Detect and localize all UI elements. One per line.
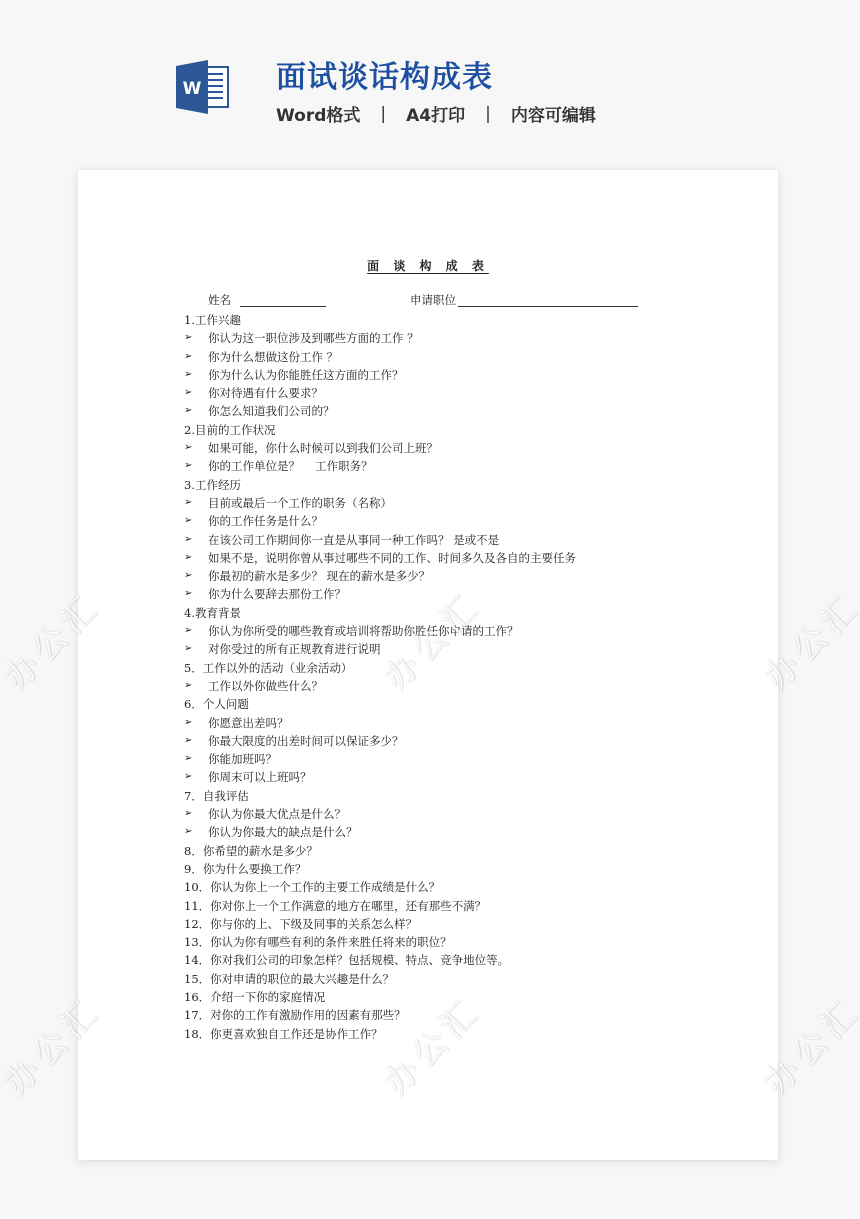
- arrow-bullet-icon: ➢: [184, 549, 192, 567]
- header-banner: W 面试谈话构成表 Word格式 | A4打印 | 内容可编辑: [0, 0, 860, 160]
- tag-a4-print: A4打印: [406, 101, 465, 126]
- line-text: 2.目前的工作状况: [184, 423, 275, 437]
- line-text: 你认为你最大优点是什么？: [208, 807, 346, 821]
- question-item: ➢如果不是，说明你曾从事过哪些不同的工作、时间多久及各自的主要任务: [184, 549, 744, 567]
- arrow-bullet-icon: ➢: [184, 329, 192, 347]
- document-title: 面 谈 构 成 表: [78, 257, 778, 274]
- question-item: ➢你的工作任务是什么？: [184, 512, 744, 530]
- question-item: ➢你认为你最大的缺点是什么？: [184, 823, 744, 841]
- line-text: 你愿意出差吗？: [208, 716, 289, 730]
- word-document-icon: W: [176, 60, 230, 114]
- line-text: 7．自我评估: [184, 789, 249, 803]
- arrow-bullet-icon: ➢: [184, 750, 192, 768]
- question-item: ➢你最大限度的出差时间可以保证多少？: [184, 732, 744, 750]
- question-item: ➢你认为你最大优点是什么？: [184, 805, 744, 823]
- arrow-bullet-icon: ➢: [184, 823, 192, 841]
- question-item: ➢你周末可以上班吗？: [184, 768, 744, 786]
- arrow-bullet-icon: ➢: [184, 567, 192, 585]
- section-heading: 10．你认为你上一个工作的主要工作成绩是什么？: [184, 878, 744, 896]
- arrow-bullet-icon: ➢: [184, 457, 192, 475]
- svg-text:W: W: [183, 79, 202, 99]
- question-item: ➢你怎么知道我们公司的？: [184, 402, 744, 420]
- line-text: 你最初的薪水是多少？ 现在的薪水是多少？: [208, 569, 430, 583]
- line-text: 5．工作以外的活动（业余活动）: [184, 661, 352, 675]
- section-heading: 4.教育背景: [184, 604, 744, 622]
- section-heading: 11．你对你上一个工作满意的地方在哪里，还有那些不满？: [184, 897, 744, 915]
- question-item: ➢你为什么认为你能胜任这方面的工作？: [184, 366, 744, 384]
- arrow-bullet-icon: ➢: [184, 805, 192, 823]
- line-text: 你认为你所受的哪些教育或培训将帮助你胜任你申请的工作？: [208, 624, 519, 638]
- section-heading: 2.目前的工作状况: [184, 421, 744, 439]
- name-blank-line: [240, 306, 326, 307]
- section-heading: 13．你认为你有哪些有利的条件来胜任将来的职位？: [184, 933, 744, 951]
- arrow-bullet-icon: ➢: [184, 714, 192, 732]
- line-text: 你的工作单位是？ 工作职务？: [208, 459, 373, 473]
- separator: |: [380, 104, 386, 124]
- line-text: 你对待遇有什么要求？: [208, 386, 323, 400]
- section-heading: 3.工作经历: [184, 476, 744, 494]
- arrow-bullet-icon: ➢: [184, 531, 192, 549]
- arrow-bullet-icon: ➢: [184, 768, 192, 786]
- line-text: 你能加班吗？: [208, 752, 277, 766]
- question-item: ➢你愿意出差吗？: [184, 714, 744, 732]
- arrow-bullet-icon: ➢: [184, 640, 192, 658]
- line-text: 你为什么要辞去那份工作？: [208, 587, 346, 601]
- line-text: 14．你对我们公司的印象怎样？包括规模、特点、竞争地位等。: [184, 953, 509, 967]
- question-item: ➢你为什么要辞去那份工作？: [184, 585, 744, 603]
- line-text: 3.工作经历: [184, 478, 241, 492]
- line-text: 8．你希望的薪水是多少？: [184, 844, 318, 858]
- document-content: 面 谈 构 成 表 姓名 申请职位 1.工作兴趣➢你认为这一职位涉及到哪些方面的…: [78, 170, 778, 1160]
- line-text: 如果可能，你什么时候可以到我们公司上班？: [208, 441, 438, 455]
- section-heading: 16．介绍一下你的家庭情况: [184, 988, 744, 1006]
- arrow-bullet-icon: ➢: [184, 585, 192, 603]
- line-text: 6．个人问题: [184, 697, 249, 711]
- line-text: 17．对你的工作有激励作用的因素有那些？: [184, 1008, 406, 1022]
- line-text: 对你受过的所有正规教育进行说明: [208, 642, 381, 656]
- question-item: ➢你对待遇有什么要求？: [184, 384, 744, 402]
- form-fields: 姓名 申请职位: [208, 292, 708, 310]
- section-heading: 9．你为什么要换工作？: [184, 860, 744, 878]
- line-text: 你认为这一职位涉及到哪些方面的工作 ？: [208, 331, 419, 345]
- question-item: ➢在该公司工作期间你一直是从事同一种工作吗？ 是或不是: [184, 531, 744, 549]
- question-item: ➢工作以外你做些什么？: [184, 677, 744, 695]
- line-text: 12．你与你的上、下级及同事的关系怎么样？: [184, 917, 417, 931]
- feature-tags: Word格式 | A4打印 | 内容可编辑: [276, 101, 596, 126]
- line-text: 你为什么认为你能胜任这方面的工作？: [208, 368, 404, 382]
- arrow-bullet-icon: ➢: [184, 494, 192, 512]
- section-heading: 18．你更喜欢独自工作还是协作工作？: [184, 1025, 744, 1043]
- line-text: 在该公司工作期间你一直是从事同一种工作吗？ 是或不是: [208, 533, 499, 547]
- section-heading: 17．对你的工作有激励作用的因素有那些？: [184, 1006, 744, 1024]
- question-item: ➢你最初的薪水是多少？ 现在的薪水是多少？: [184, 567, 744, 585]
- line-text: 你怎么知道我们公司的？: [208, 404, 335, 418]
- section-heading: 14．你对我们公司的印象怎样？包括规模、特点、竞争地位等。: [184, 951, 744, 969]
- page-title: 面试谈话构成表: [276, 52, 493, 96]
- section-heading: 5．工作以外的活动（业余活动）: [184, 659, 744, 677]
- line-text: 9．你为什么要换工作？: [184, 862, 306, 876]
- tag-editable: 内容可编辑: [511, 101, 596, 126]
- tag-word-format: Word格式: [276, 101, 360, 126]
- line-text: 4.教育背景: [184, 606, 241, 620]
- arrow-bullet-icon: ➢: [184, 439, 192, 457]
- arrow-bullet-icon: ➢: [184, 348, 192, 366]
- arrow-bullet-icon: ➢: [184, 512, 192, 530]
- arrow-bullet-icon: ➢: [184, 402, 192, 420]
- line-text: 18．你更喜欢独自工作还是协作工作？: [184, 1027, 383, 1041]
- section-heading: 1.工作兴趣: [184, 311, 744, 329]
- question-item: ➢目前或最后一个工作的职务（名称）: [184, 494, 744, 512]
- line-text: 目前或最后一个工作的职务（名称）: [208, 496, 392, 510]
- separator: |: [485, 104, 491, 124]
- section-heading: 12．你与你的上、下级及同事的关系怎么样？: [184, 915, 744, 933]
- line-text: 你的工作任务是什么？: [208, 514, 323, 528]
- document-page: 面 谈 构 成 表 姓名 申请职位 1.工作兴趣➢你认为这一职位涉及到哪些方面的…: [78, 170, 778, 1160]
- arrow-bullet-icon: ➢: [184, 384, 192, 402]
- position-label: 申请职位: [410, 292, 456, 308]
- question-item: ➢你能加班吗？: [184, 750, 744, 768]
- line-text: 13．你认为你有哪些有利的条件来胜任将来的职位？: [184, 935, 452, 949]
- arrow-bullet-icon: ➢: [184, 677, 192, 695]
- line-text: 工作以外你做些什么？: [208, 679, 323, 693]
- question-item: ➢你的工作单位是？ 工作职务？: [184, 457, 744, 475]
- question-item: ➢如果可能，你什么时候可以到我们公司上班？: [184, 439, 744, 457]
- line-text: 你认为你最大的缺点是什么？: [208, 825, 358, 839]
- arrow-bullet-icon: ➢: [184, 622, 192, 640]
- section-heading: 6．个人问题: [184, 695, 744, 713]
- line-text: 10．你认为你上一个工作的主要工作成绩是什么？: [184, 880, 440, 894]
- line-text: 如果不是，说明你曾从事过哪些不同的工作、时间多久及各自的主要任务: [208, 551, 576, 565]
- line-text: 11．你对你上一个工作满意的地方在哪里，还有那些不满？: [184, 899, 486, 913]
- line-text: 15．你对申请的职位的最大兴趣是什么？: [184, 972, 394, 986]
- position-blank-line: [458, 306, 638, 307]
- section-heading: 7．自我评估: [184, 787, 744, 805]
- section-heading: 8．你希望的薪水是多少？: [184, 842, 744, 860]
- arrow-bullet-icon: ➢: [184, 366, 192, 384]
- question-item: ➢你认为你所受的哪些教育或培训将帮助你胜任你申请的工作？: [184, 622, 744, 640]
- line-text: 1.工作兴趣: [184, 313, 241, 327]
- name-label: 姓名: [208, 292, 231, 308]
- line-text: 你最大限度的出差时间可以保证多少？: [208, 734, 404, 748]
- arrow-bullet-icon: ➢: [184, 732, 192, 750]
- line-text: 你为什么想做这份工作 ？: [208, 350, 338, 364]
- question-item: ➢你认为这一职位涉及到哪些方面的工作 ？: [184, 329, 744, 347]
- question-list: 1.工作兴趣➢你认为这一职位涉及到哪些方面的工作 ？➢你为什么想做这份工作 ？➢…: [184, 311, 744, 1043]
- section-heading: 15．你对申请的职位的最大兴趣是什么？: [184, 970, 744, 988]
- line-text: 你周末可以上班吗？: [208, 770, 312, 784]
- question-item: ➢对你受过的所有正规教育进行说明: [184, 640, 744, 658]
- line-text: 16．介绍一下你的家庭情况: [184, 990, 325, 1004]
- question-item: ➢你为什么想做这份工作 ？: [184, 348, 744, 366]
